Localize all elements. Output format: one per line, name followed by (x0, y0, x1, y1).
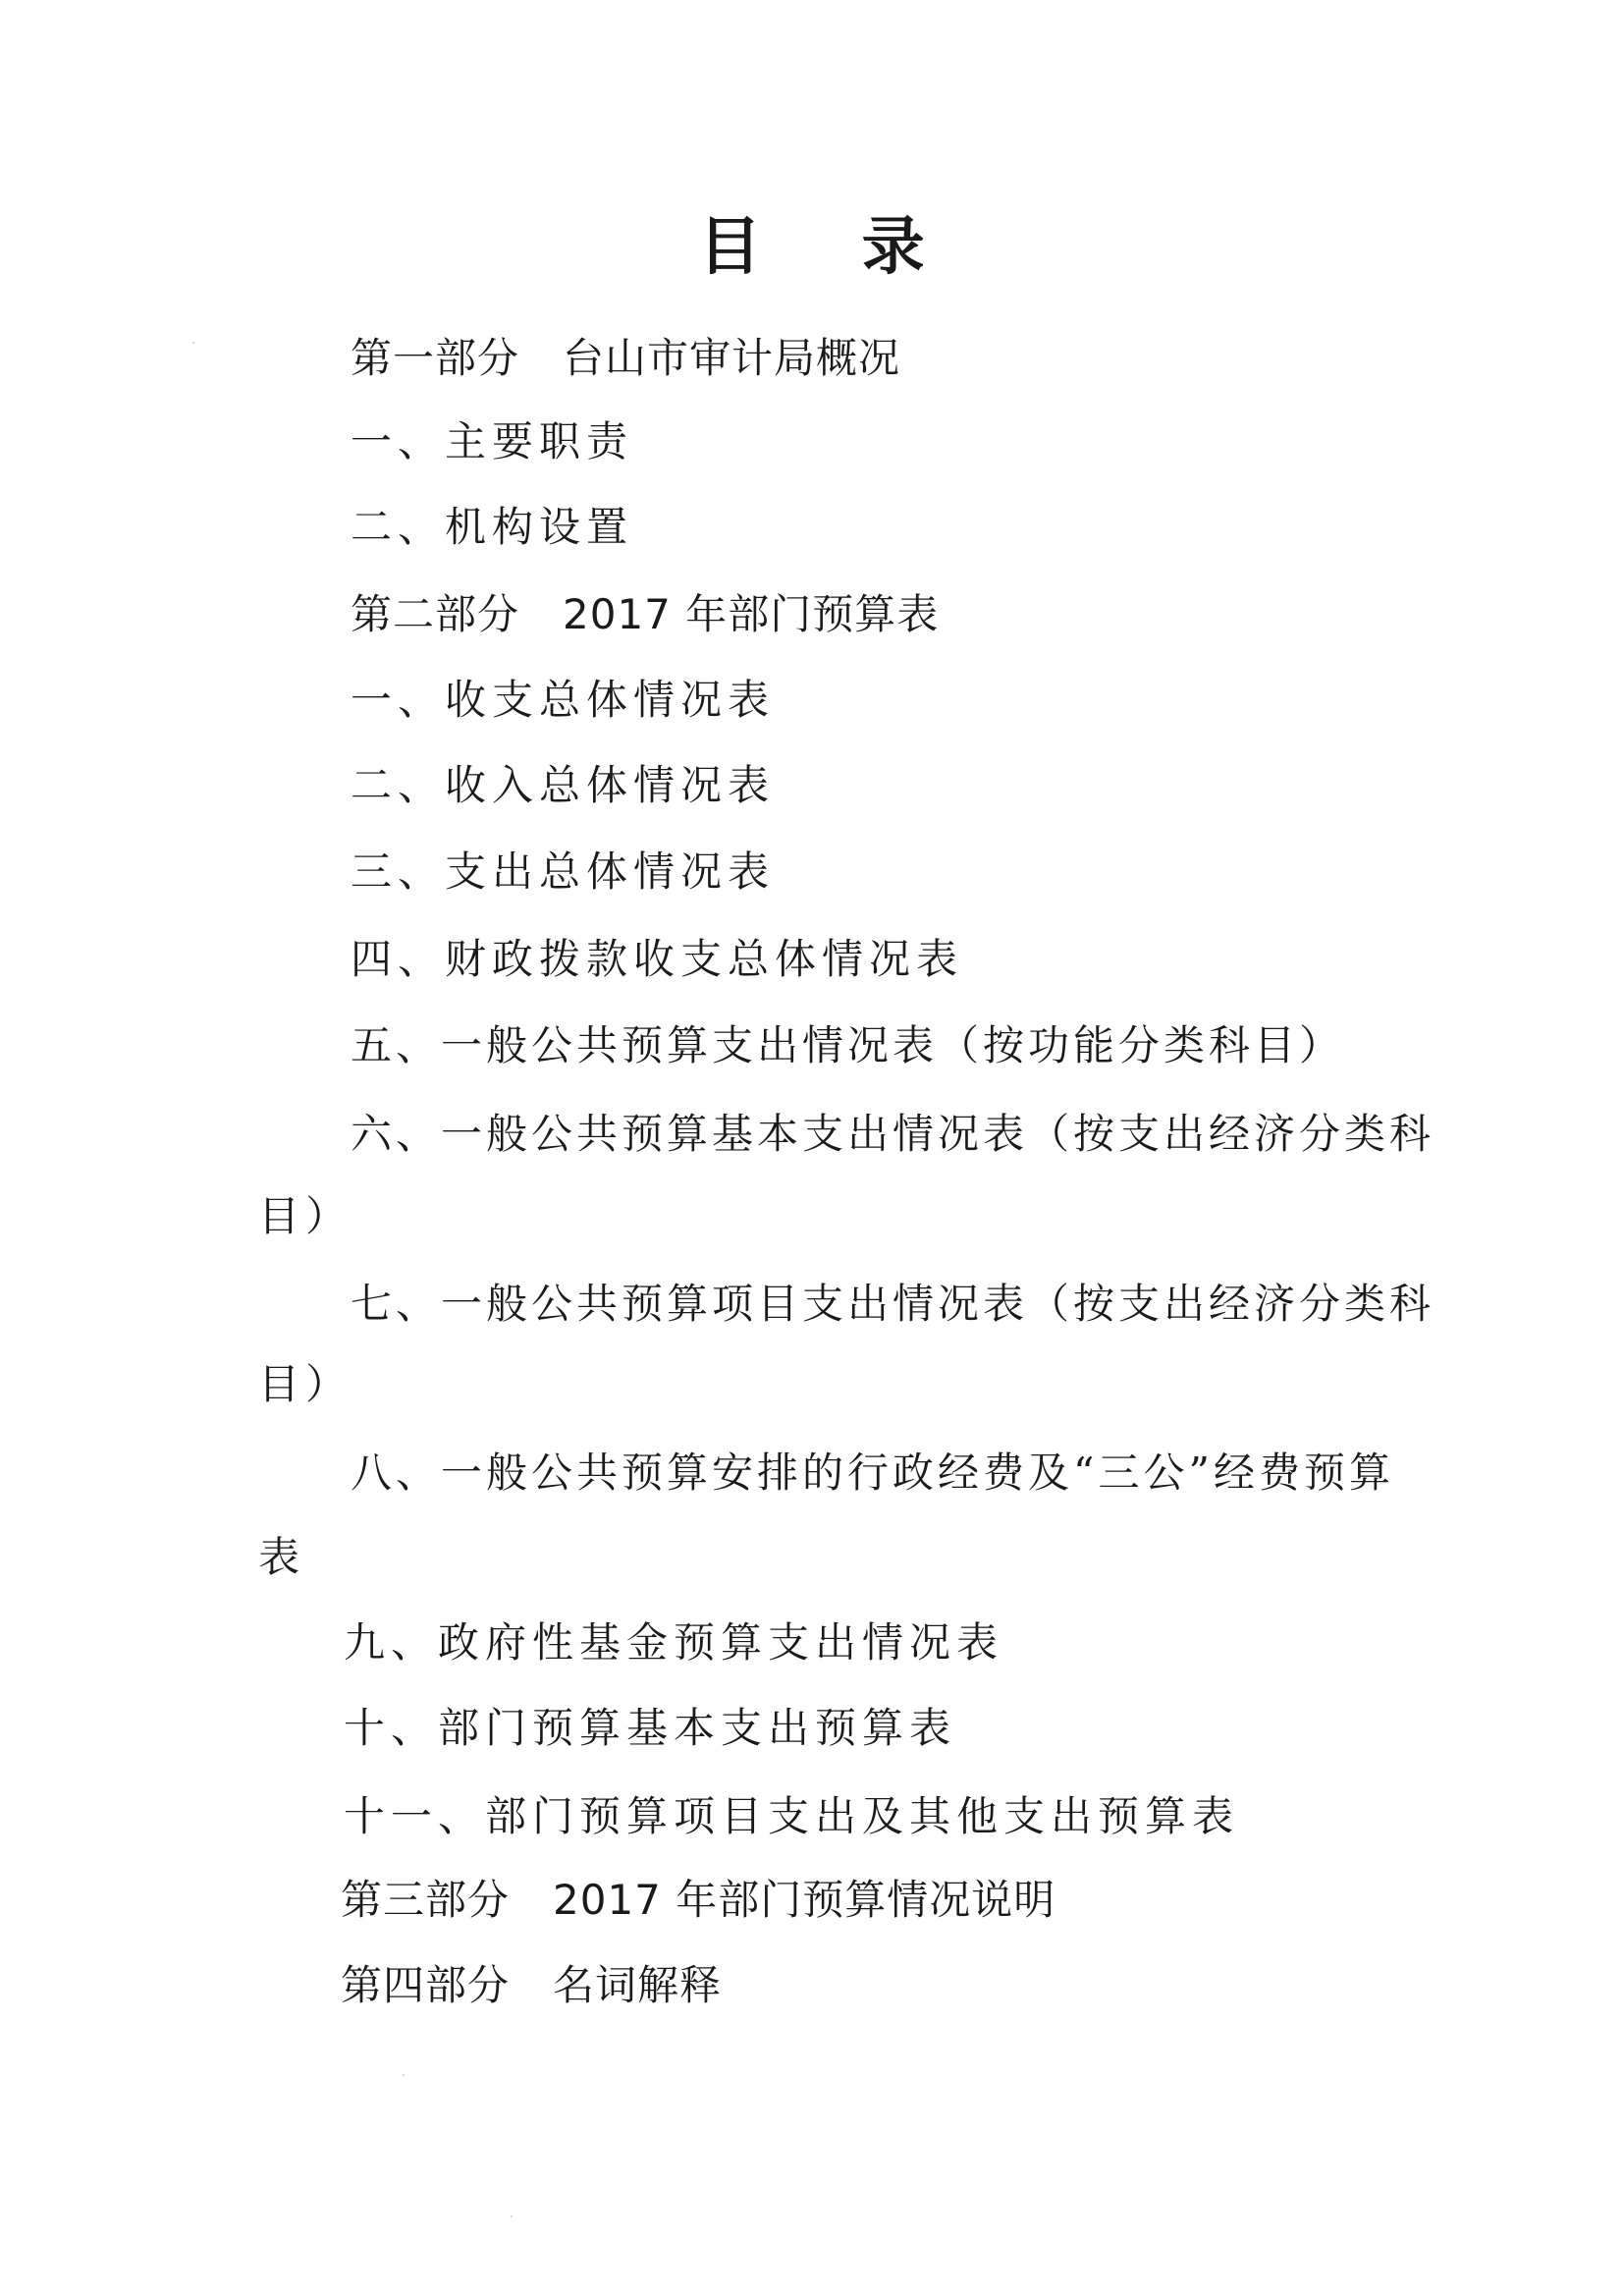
toc-item[interactable]: 十、部门预算基本支出预算表 (344, 1699, 956, 1758)
toc-heading-part2[interactable]: 第二部分2017 年部门预算表 (351, 585, 939, 644)
toc-item[interactable]: 三、支出总体情况表 (351, 843, 775, 902)
toc-item[interactable]: 一、主要职责 (351, 412, 633, 471)
toc-item[interactable]: 六、一般公共预算基本支出情况表（按支出经济分类科 (351, 1105, 1434, 1164)
part-title: 2017 年部门预算表 (563, 590, 939, 638)
toc-item[interactable]: 二、机构设置 (351, 498, 633, 557)
toc-item[interactable]: 四、财政拨款收支总体情况表 (351, 930, 963, 989)
part-title: 2017 年部门预算情况说明 (553, 1876, 1055, 1924)
toc-heading-part1[interactable]: 第一部分台山市审计局概况 (351, 329, 900, 388)
toc-item[interactable]: 七、一般公共预算项目支出情况表（按支出经济分类科 (351, 1275, 1434, 1334)
toc-item[interactable]: 八、一般公共预算安排的行政经费及“三公”经费预算 (351, 1444, 1394, 1503)
toc-heading-part4[interactable]: 第四部分名词解释 (341, 1956, 722, 2015)
toc-item[interactable]: 十一、部门预算项目支出及其他支出预算表 (344, 1787, 1239, 1846)
part-label: 第二部分 (351, 590, 519, 638)
part-label: 第四部分 (341, 1961, 510, 2009)
part-label: 第一部分 (351, 334, 519, 382)
toc-item-continuation[interactable]: 表 (258, 1528, 305, 1587)
scan-speck (192, 342, 194, 344)
page-title: 目 录 (0, 208, 1623, 287)
toc-item-continuation[interactable]: 目） (258, 1355, 352, 1414)
toc-item[interactable]: 二、收入总体情况表 (351, 756, 775, 815)
part-title: 台山市审计局概况 (563, 334, 900, 382)
part-label: 第三部分 (341, 1876, 510, 1924)
scan-speck (511, 2215, 513, 2217)
toc-item[interactable]: 九、政府性基金预算支出情况表 (344, 1613, 1003, 1672)
scan-speck (403, 2074, 405, 2076)
toc-heading-part3[interactable]: 第三部分2017 年部门预算情况说明 (341, 1871, 1055, 1930)
toc-item[interactable]: 五、一般公共预算支出情况表（按功能分类科目） (351, 1016, 1344, 1075)
toc-item-continuation[interactable]: 目） (258, 1187, 352, 1246)
part-title: 名词解释 (553, 1961, 722, 2009)
toc-item[interactable]: 一、收支总体情况表 (351, 671, 775, 730)
